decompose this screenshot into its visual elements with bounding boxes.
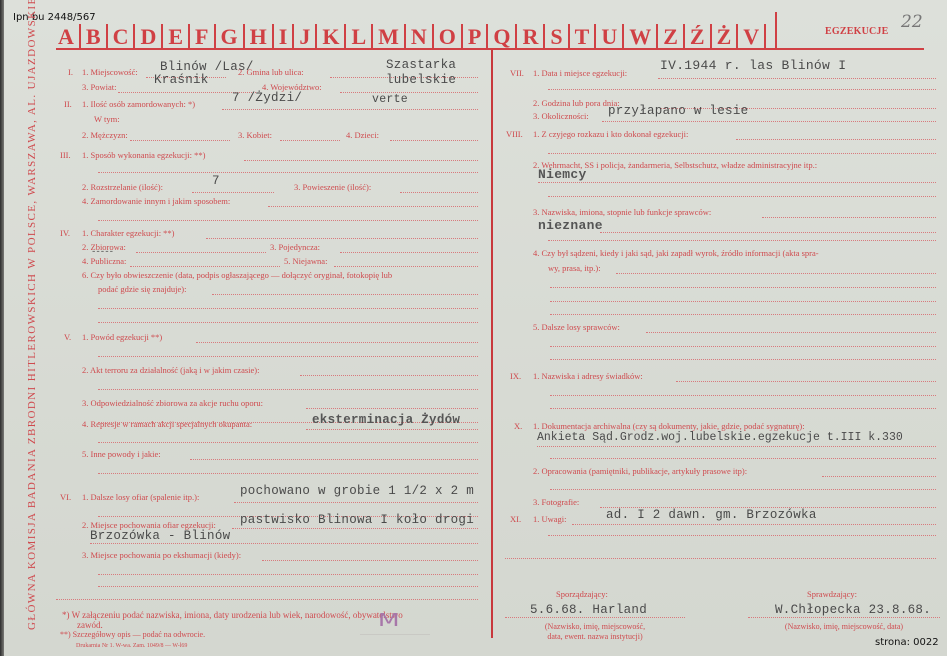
formacja-value: Niemcy: [538, 167, 587, 182]
swiadkowie-line-2: [550, 395, 936, 396]
powiat-label: 3. Powiat:: [82, 82, 116, 92]
mezczyzn-label: 2. Mężczyzn:: [82, 130, 128, 140]
sposob-line: [244, 160, 478, 161]
sadzeni-line-2: [550, 287, 936, 288]
powod-label: 1. Powód egzekucji **): [82, 332, 162, 342]
publiczna-line: [130, 266, 280, 267]
swiadkowie-label: 1. Nazwiska i adresy świadków:: [533, 371, 643, 381]
obwieszczenie-line-2: [98, 308, 478, 309]
inne-label: 5. Inne powody i jakie:: [82, 449, 161, 459]
losy-sprawcow-label: 5. Dalsze losy sprawców:: [533, 322, 620, 332]
losy-sprawcow-line-3: [550, 359, 936, 360]
section-X-number: X.: [514, 421, 522, 431]
powieszenie-line: [400, 192, 478, 193]
obwieszczenie-label-2: podać gdzie się znajduje):: [98, 284, 187, 294]
formacja-line-2: [548, 196, 936, 197]
document-page: Ipn bu 2448/567 ABCDEFGHIJKLMNOPQRSTUWZŹ…: [0, 0, 947, 656]
obwieszczenie-line: [212, 294, 478, 295]
ekshumacja-label: 3. Miejsce pochowania po ekshumacji (kie…: [82, 550, 241, 560]
zamordowanie-line-2: [98, 220, 478, 221]
ilosc-label: 1. Ilość osób zamordowanych: *): [82, 99, 195, 109]
section-I-number: I.: [68, 67, 73, 77]
zamordowanie-label: 4. Zamordowanie innym i jakim sposobem:: [82, 196, 230, 206]
publiczna-label: 4. Publiczna:: [82, 256, 126, 266]
section-IX-number: IX.: [510, 371, 521, 381]
section-II-number: II.: [64, 99, 72, 109]
header-rule: [56, 48, 924, 50]
alphabet-letter: A: [56, 24, 81, 50]
zamordowanie-line: [268, 206, 478, 207]
category-label: EGZEKUCJE: [825, 26, 888, 37]
akt-label: 2. Akt terroru za działalność (jaką i w …: [82, 365, 259, 375]
rozstrzelanie-line: [192, 192, 274, 193]
charakter-line: [206, 238, 478, 239]
ilosc-note: verte: [372, 93, 408, 106]
mezczyzn-line: [130, 140, 230, 141]
header-divider: [775, 12, 777, 50]
sprawdzajacy-value: W.Chłopecka 23.8.68.: [775, 603, 931, 617]
powod-line: [196, 342, 478, 343]
sprawdzajacy-label: Sprawdzający:: [807, 589, 857, 599]
swiadkowie-line: [676, 381, 936, 382]
initials-mark: M: [378, 610, 400, 631]
miejscowosc-label: 1. Miejscowość:: [82, 67, 138, 77]
obwieszczenie-label: 6. Czy było obwieszczenie (data, podpis …: [82, 270, 392, 280]
pojedyncza-label: 3. Pojedyncza:: [270, 242, 320, 252]
section-V-number: V.: [64, 332, 71, 342]
rozkaz-label: 1. Z czyjego rozkazu i kto dokonał egzek…: [533, 129, 688, 139]
zbiorowa-line: [136, 252, 266, 253]
rozkaz-line: [736, 139, 936, 140]
miejsce-value-2: Brzozówka - Blinów: [90, 529, 230, 543]
obwieszczenie-line-3: [98, 322, 478, 323]
alphabet-letter: Z: [658, 24, 685, 50]
pojedyncza-line: [340, 252, 478, 253]
uwagi-label: 1. Uwagi:: [533, 514, 567, 524]
sporzadzajacy-caption-line2: data, ewent. nazwa instytucji): [505, 632, 685, 642]
handwritten-number: 22: [901, 12, 923, 32]
footnote-2: **) Szczegółowy opis — podać na odwrocie…: [60, 630, 205, 639]
alphabet-letter: R: [517, 24, 545, 50]
section-XI-number: XI.: [510, 514, 521, 524]
dzieci-line: [390, 140, 478, 141]
uwagi-line: [572, 524, 936, 525]
alphabet-index-strip: ABCDEFGHIJKLMNOPQRSTUWZŹŻV: [56, 22, 766, 50]
represje-line-2: [98, 442, 478, 443]
opracowania-line: [822, 476, 936, 477]
alphabet-letter: S: [545, 24, 569, 50]
alphabet-letter: J: [294, 24, 317, 50]
losy-sprawcow-line: [646, 332, 936, 333]
dokumentacja-line: [537, 446, 936, 447]
okolicznosci-line: [602, 121, 936, 122]
miejsce-value: pastwisko Blinowa I koło drogi: [240, 513, 474, 527]
printer-note: Drukarnia Nr 1. W-wa. Zam. 1049/8 — W-l6…: [76, 643, 187, 649]
sadzeni-label-2: wy, prasa, itp.):: [548, 263, 601, 273]
okolicznosci-label: 3. Okoliczności:: [533, 111, 589, 121]
odpowiedzialnosc-label: 3. Odpowiedzialność zbiorowa za akcje ru…: [82, 398, 263, 408]
alphabet-letter: L: [346, 24, 373, 50]
nazwiska-label: 3. Nazwiska, imiona, stopnie lub funkcje…: [533, 207, 711, 217]
charakter-label: 1. Charakter egzekucji: **): [82, 228, 175, 238]
rozstrzelanie-value: 7: [212, 174, 220, 188]
rozkaz-line-2: [548, 153, 936, 154]
opracowania-label: 2. Opracowania (pamiętniki, publikacje, …: [533, 466, 747, 476]
data-miejsce-line-2: [548, 89, 936, 90]
godzina-label: 2. Godzina lub pora dnia:: [533, 98, 620, 108]
alphabet-letter: Q: [488, 24, 517, 50]
niejawna-line: [334, 266, 478, 267]
losy-value: pochowano w grobie 1 1/2 x 2 m: [240, 484, 474, 498]
alphabet-letter: F: [190, 24, 215, 50]
rozstrzelanie-label: 2. Rozstrzelanie (ilość):: [82, 182, 163, 192]
alphabet-letter: U: [596, 24, 624, 50]
sadzeni-line-4: [550, 314, 936, 315]
dokumentacja-label: 1. Dokumentacja archiwalna (czy są dokum…: [533, 421, 805, 431]
section-IV-number: IV.: [60, 228, 70, 238]
alphabet-letter: K: [317, 24, 346, 50]
alphabet-letter: P: [463, 24, 488, 50]
alphabet-letter: Ż: [712, 24, 739, 50]
data-miejsce-label: 1. Data i miejsce egzekucji:: [533, 68, 627, 78]
alphabet-letter: I: [274, 24, 295, 50]
scan-edge: [0, 0, 4, 656]
represje-label: 4. Represje w ramach akcji specjalnych o…: [82, 419, 252, 429]
sporzadzajacy-caption-line1: (Nazwisko, imię, miejscowość,: [505, 622, 685, 632]
uwagi-line-3: [505, 558, 936, 559]
odpowiedzialnosc-line: [306, 408, 478, 409]
akt-line-2: [98, 389, 478, 390]
institution-name: GŁÓWNA KOMISJA BADANIA ZBRODNI HITLEROWS…: [26, 30, 38, 630]
section-III-number: III.: [60, 150, 71, 160]
sporzadzajacy-value: 5.6.68. Harland: [530, 603, 647, 617]
wojewodztwo-value: lubelskie: [386, 73, 456, 87]
ilosc-line: [222, 109, 478, 110]
gmina-label: 2. Gmina lub ulica:: [238, 67, 304, 77]
opracowania-line-2: [550, 489, 936, 490]
sprawdzajacy-caption: (Nazwisko, imię, miejscowość, data): [748, 622, 940, 632]
alphabet-letter: G: [216, 24, 245, 50]
uwagi-value: ad. I 2 dawn. gm. Brzozówka: [606, 508, 817, 522]
nazwiska-value: nieznane: [538, 218, 603, 233]
sporzadzajacy-caption: (Nazwisko, imię, miejscowość, data, ewen…: [505, 622, 685, 642]
footnote-1b: zawód.: [77, 620, 103, 630]
initials-line: [360, 634, 430, 635]
sposob-line-2: [98, 172, 478, 173]
nazwiska-line-2: [600, 232, 936, 233]
represje-value: eksterminacja Żydów: [312, 413, 460, 427]
page-number: strona: 0022: [875, 637, 939, 648]
alphabet-letter: T: [570, 24, 597, 50]
ekshumacja-line: [262, 560, 478, 561]
inne-line-2: [98, 473, 478, 474]
section-VI-number: VI.: [60, 492, 71, 502]
alphabet-letter: V: [738, 24, 766, 50]
alphabet-letter: H: [245, 24, 274, 50]
section-VIII-number: VIII.: [506, 129, 523, 139]
powod-line-2: [98, 356, 478, 357]
alphabet-letter: Ź: [685, 24, 712, 50]
swiadkowie-line-3: [550, 408, 936, 409]
sporzadzajacy-line: [505, 617, 685, 618]
alphabet-letter: M: [373, 24, 406, 50]
wtym-label: W tym:: [94, 114, 120, 124]
sposob-label: 1. Sposób wykonania egzekucji: **): [82, 150, 205, 160]
alphabet-letter: W: [624, 24, 658, 50]
miejsce-line-2: [90, 543, 478, 544]
kobiet-label: 3. Kobiet:: [238, 130, 272, 140]
alphabet-letter: C: [108, 24, 136, 50]
alphabet-letter: O: [434, 24, 463, 50]
dokumentacja-line-2: [550, 458, 936, 459]
footnote-1: *) W załączeniu podać nazwiska, imiona, …: [62, 610, 403, 620]
inne-line: [190, 459, 478, 460]
nazwiska-line-3: [548, 240, 936, 241]
losy-label: 1. Dalsze losy ofiar (spalenie itp.):: [82, 492, 199, 502]
alphabet-letter: N: [406, 24, 434, 50]
ilosc-value: 7 /Żydzi/: [232, 91, 302, 105]
sprawdzajacy-line: [748, 617, 940, 618]
gmina-value: Szastarka: [386, 58, 456, 72]
miejsce-line: [232, 528, 478, 529]
column-divider: [491, 50, 493, 638]
losy-sprawcow-line-2: [550, 346, 936, 347]
nazwiska-line: [762, 217, 936, 218]
alphabet-letter: D: [135, 24, 163, 50]
ekshumacja-line-2: [98, 574, 478, 575]
sadzeni-line: [616, 273, 936, 274]
akt-line: [300, 375, 478, 376]
formacja-line: [538, 182, 936, 183]
losy-line: [234, 502, 478, 503]
alphabet-letter: B: [81, 24, 108, 50]
ekshumacja-line-3: [98, 586, 478, 587]
fotografie-label: 3. Fotografie:: [533, 497, 579, 507]
alphabet-letter: E: [163, 24, 190, 50]
niejawna-label: 5. Niejawna:: [284, 256, 327, 266]
dzieci-label: 4. Dzieci:: [346, 130, 379, 140]
data-miejsce-value: IV.1944 r. las Blinów I: [660, 58, 846, 73]
data-miejsce-line: [658, 78, 936, 79]
powiat-value: Kraśnik: [154, 73, 209, 87]
dokumentacja-value: Ankieta Sąd.Grodz.woj.lubelskie.egzekucj…: [537, 431, 903, 444]
uwagi-line-2: [548, 535, 936, 536]
represje-line: [306, 429, 478, 430]
wojewodztwo-line: [340, 92, 478, 93]
powieszenie-label: 3. Powieszenie (ilość):: [294, 182, 371, 192]
sadzeni-label: 4. Czy był sądzeni, kiedy i jaki sąd, ja…: [533, 248, 819, 258]
kobiet-line: [280, 140, 340, 141]
sporzadzajacy-label: Sporządzający:: [556, 589, 608, 599]
okolicznosci-value: przyłapano w lesie: [608, 104, 748, 118]
section-VII-number: VII.: [510, 68, 524, 78]
sadzeni-line-3: [550, 301, 936, 302]
ekshumacja-line-4: [56, 599, 478, 600]
